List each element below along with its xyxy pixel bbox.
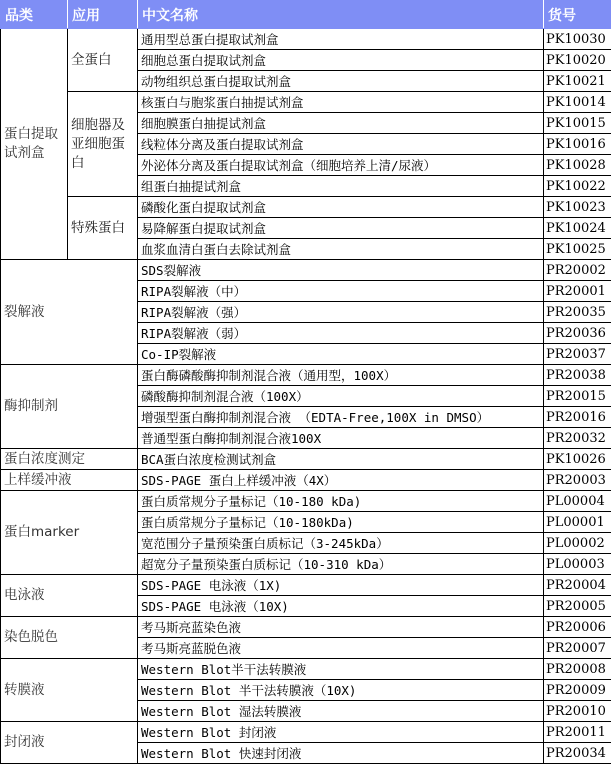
product-name: 磷酸化蛋白提取试剂盒	[138, 197, 544, 218]
product-name: 普通型蛋白酶抑制剂混合液100X	[138, 428, 544, 449]
product-name: Western Blot 封闭液	[138, 722, 544, 743]
table-row: 特殊蛋白 磷酸化蛋白提取试剂盒 PK10023	[1, 197, 611, 218]
product-table: 品类 应用 中文名称 货号 蛋白提取试剂盒 全蛋白 通用型总蛋白提取试剂盒 PK…	[0, 0, 611, 764]
product-code: PK10025	[544, 239, 611, 260]
product-code: PK10021	[544, 71, 611, 92]
application-cell: 全蛋白	[68, 29, 138, 92]
product-code: PK10023	[544, 197, 611, 218]
category-cell: 蛋白提取试剂盒	[1, 29, 68, 260]
table-row: 染色脱色 考马斯亮蓝染色液 PR20006	[1, 617, 611, 638]
product-code: PR20032	[544, 428, 611, 449]
table-row: 蛋白浓度测定 BCA蛋白浓度检测试剂盒 PK10026	[1, 449, 611, 470]
table-row: 转膜液 Western Blot半干法转膜液 PR20008	[1, 659, 611, 680]
category-cell: 酶抑制剂	[1, 365, 138, 449]
product-name: 考马斯亮蓝染色液	[138, 617, 544, 638]
product-code: PR20011	[544, 722, 611, 743]
product-code: PR20001	[544, 281, 611, 302]
product-name: Western Blot半干法转膜液	[138, 659, 544, 680]
product-name: Western Blot 快速封闭液	[138, 743, 544, 764]
category-cell: 染色脱色	[1, 617, 138, 659]
product-code: PL00002	[544, 533, 611, 554]
product-code: PK10014	[544, 92, 611, 113]
header-application: 应用	[68, 1, 138, 29]
product-code: PR20015	[544, 386, 611, 407]
table-row: 电泳液 SDS-PAGE 电泳液（1X) PR20004	[1, 575, 611, 596]
product-name: 易降解蛋白提取试剂盒	[138, 218, 544, 239]
product-code: PR20005	[544, 596, 611, 617]
product-code: PK10020	[544, 50, 611, 71]
product-code: PL00004	[544, 491, 611, 512]
header-row: 品类 应用 中文名称 货号	[1, 1, 611, 29]
product-code: PK10016	[544, 134, 611, 155]
product-name: SDS-PAGE 电泳液（10X)	[138, 596, 544, 617]
product-name: 磷酸酶抑制剂混合液（100X）	[138, 386, 544, 407]
product-code: PR20009	[544, 680, 611, 701]
product-code: PK10024	[544, 218, 611, 239]
product-code: PL00001	[544, 512, 611, 533]
product-name: Western Blot 半干法转膜液（10X)	[138, 680, 544, 701]
product-code: PK10026	[544, 449, 611, 470]
product-name: SDS裂解液	[138, 260, 544, 281]
product-code: PR20007	[544, 638, 611, 659]
product-code: PR20010	[544, 701, 611, 722]
table-row: 酶抑制剂 蛋白酶磷酸酶抑制剂混合液（通用型，100X） PR20038	[1, 365, 611, 386]
product-code: PR20004	[544, 575, 611, 596]
product-code: PL00003	[544, 554, 611, 575]
product-name: 增强型蛋白酶抑制剂混合液 （EDTA-Free,100X in DMSO）	[138, 407, 544, 428]
header-name: 中文名称	[138, 1, 544, 29]
product-code: PR20037	[544, 344, 611, 365]
product-code: PK10015	[544, 113, 611, 134]
product-name: 外泌体分离及蛋白提取试剂盒（细胞培养上清/尿液）	[138, 155, 544, 176]
category-cell: 转膜液	[1, 659, 138, 722]
product-code: PR20035	[544, 302, 611, 323]
product-name: 蛋白质常规分子量标记（10-180 kDa)	[138, 491, 544, 512]
product-name: RIPA裂解液（强）	[138, 302, 544, 323]
product-name: SDS-PAGE 蛋白上样缓冲液（4X）	[138, 470, 544, 491]
table-row: 封闭液 Western Blot 封闭液 PR20011	[1, 722, 611, 743]
product-name: 血浆血清白蛋白去除试剂盒	[138, 239, 544, 260]
product-code: PR20016	[544, 407, 611, 428]
product-name: Co-IP裂解液	[138, 344, 544, 365]
product-code: PR20003	[544, 470, 611, 491]
header-category: 品类	[1, 1, 68, 29]
category-cell: 电泳液	[1, 575, 138, 617]
product-code: PR20038	[544, 365, 611, 386]
product-name: 考马斯亮蓝脱色液	[138, 638, 544, 659]
product-name: 宽范围分子量预染蛋白质标记（3-245kDa）	[138, 533, 544, 554]
header-code: 货号	[544, 1, 611, 29]
category-cell: 蛋白浓度测定	[1, 449, 138, 470]
product-name: Western Blot 湿法转膜液	[138, 701, 544, 722]
table-row: 裂解液 SDS裂解液 PR20002	[1, 260, 611, 281]
product-code: PR20006	[544, 617, 611, 638]
product-name: 细胞总蛋白提取试剂盒	[138, 50, 544, 71]
category-cell: 封闭液	[1, 722, 138, 764]
product-name: 超宽分子量预染蛋白质标记（10-310 kDa）	[138, 554, 544, 575]
product-name: 线粒体分离及蛋白提取试剂盒	[138, 134, 544, 155]
product-name: 蛋白酶磷酸酶抑制剂混合液（通用型，100X）	[138, 365, 544, 386]
product-name: 蛋白质常规分子量标记（10-180kDa)	[138, 512, 544, 533]
product-code: PK10030	[544, 29, 611, 50]
category-cell: 蛋白marker	[1, 491, 138, 575]
product-code: PR20036	[544, 323, 611, 344]
table-row: 细胞器及亚细胞蛋白 核蛋白与胞浆蛋白抽提试剂盒 PK10014	[1, 92, 611, 113]
product-code: PR20034	[544, 743, 611, 764]
product-name: 细胞膜蛋白抽提试剂盒	[138, 113, 544, 134]
table-row: 蛋白提取试剂盒 全蛋白 通用型总蛋白提取试剂盒 PK10030	[1, 29, 611, 50]
product-name: RIPA裂解液（弱）	[138, 323, 544, 344]
product-code: PK10028	[544, 155, 611, 176]
product-code: PR20008	[544, 659, 611, 680]
table-row: 蛋白marker 蛋白质常规分子量标记（10-180 kDa) PL00004	[1, 491, 611, 512]
product-name: 组蛋白抽提试剂盒	[138, 176, 544, 197]
category-cell: 裂解液	[1, 260, 138, 365]
application-cell: 特殊蛋白	[68, 197, 138, 260]
product-name: 动物组织总蛋白提取试剂盒	[138, 71, 544, 92]
product-name: BCA蛋白浓度检测试剂盒	[138, 449, 544, 470]
product-name: 通用型总蛋白提取试剂盒	[138, 29, 544, 50]
product-code: PR20002	[544, 260, 611, 281]
product-name: RIPA裂解液（中）	[138, 281, 544, 302]
product-name: SDS-PAGE 电泳液（1X)	[138, 575, 544, 596]
category-cell: 上样缓冲液	[1, 470, 138, 491]
product-name: 核蛋白与胞浆蛋白抽提试剂盒	[138, 92, 544, 113]
product-code: PK10022	[544, 176, 611, 197]
application-cell: 细胞器及亚细胞蛋白	[68, 92, 138, 197]
table-row: 上样缓冲液 SDS-PAGE 蛋白上样缓冲液（4X） PR20003	[1, 470, 611, 491]
